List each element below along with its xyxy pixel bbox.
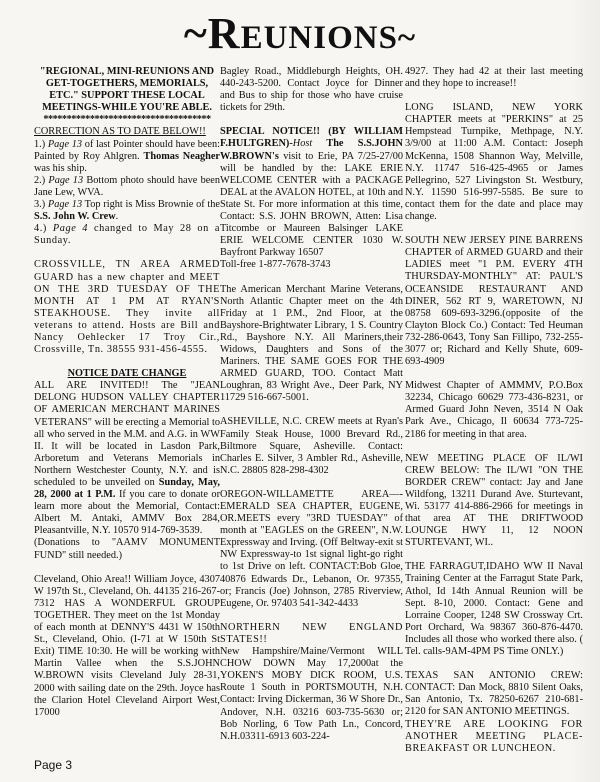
nne-heading: NORTHERN NEW ENGLAND STATES!!: [220, 622, 403, 646]
star-divider: ************************************: [34, 114, 220, 126]
north-atlantic-chapter: The American Merchant Marine Veterans, N…: [220, 284, 403, 405]
donations-note: (Donations to "AAMV MONUMENT FUND" still…: [34, 537, 220, 561]
special-notice: SPECIAL NOTICE!! (BY WILLIAM F.HULTGREN)…: [220, 126, 403, 271]
column-2: Bagley Road., Middleburgh Heights, OH. 4…: [220, 66, 403, 755]
crossville-notice: CROSSVILLE, TN AREA ARMED GUARD has a ne…: [34, 259, 220, 356]
intro-block: "REGIONAL, MINI-REUNIONS AND GET-TOGETHE…: [34, 66, 220, 247]
column-3: 4927. They had 42 at their last meeting …: [405, 66, 583, 767]
south-nj-notice: SOUTH NEW JERSEY PINE BARRENS CHAPTER of…: [405, 235, 583, 368]
newsletter-page: ~REUNIONS~ "REGIONAL, MINI-REUNIONS AND …: [0, 0, 600, 782]
cleveland-notice: Cleveland, Ohio Area!! William Joyce, 43…: [34, 574, 220, 719]
correction-item: 1.) Page 13 of last Pointer should have …: [34, 139, 220, 175]
correction-heading: CORRECTION AS TO DATE BELOW!!: [34, 126, 220, 138]
long-island-notice: LONG ISLAND, NEW YORK CHAPTER meets at "…: [405, 102, 583, 223]
asheville-notice: ASHEVILLE, N.C. CREW meets at Ryan's Fam…: [220, 416, 403, 476]
column-1: "REGIONAL, MINI-REUNIONS AND GET-TOGETHE…: [34, 66, 220, 731]
texas-notice: TEXAS SAN ANTONIO CREW: CONTACT: Dan Moc…: [405, 670, 583, 755]
tollfree-number: Toll-free 1-877-7678-3743: [220, 259, 403, 271]
farragut-notice: THE FARRAGUT,IDAHO WW II Naval Training …: [405, 561, 583, 658]
correction-item: 3.) Page 13 Top right is Miss Brownie of…: [34, 199, 220, 223]
midwest-notice: Midwest Chapter of AMMMV, P.O.Box 32234,…: [405, 380, 583, 440]
il-wi-notice: NEW MEETING PLACE OF IL/WI CREW BELOW: T…: [405, 453, 583, 550]
notice-heading: NOTICE DATE CHANGE: [34, 368, 220, 380]
notice-date-change: NOTICE DATE CHANGE ALL ARE INVITED!! The…: [34, 368, 220, 562]
page-number: Page 3: [34, 758, 72, 772]
cleveland-notice-continued: Bagley Road., Middleburgh Heights, OH. 4…: [220, 66, 403, 114]
nne-continued: 4927. They had 42 at their last meeting …: [405, 66, 583, 90]
correction-item: 2.) Page 13 Bottom photo should have bee…: [34, 175, 220, 199]
page-title: ~REUNIONS~: [0, 12, 600, 60]
correction-item: 4.) Page 4 changed to May 28 on a Sunday…: [34, 223, 220, 247]
intro-text: "REGIONAL, MINI-REUNIONS AND GET-TOGETHE…: [34, 66, 220, 114]
oregon-notice: OREGON-WILLAMETTE AREA—-EMERALD SEA CHAP…: [220, 489, 403, 610]
northern-new-england-notice: NORTHERN NEW ENGLAND STATES!! New Hampsh…: [220, 622, 403, 743]
